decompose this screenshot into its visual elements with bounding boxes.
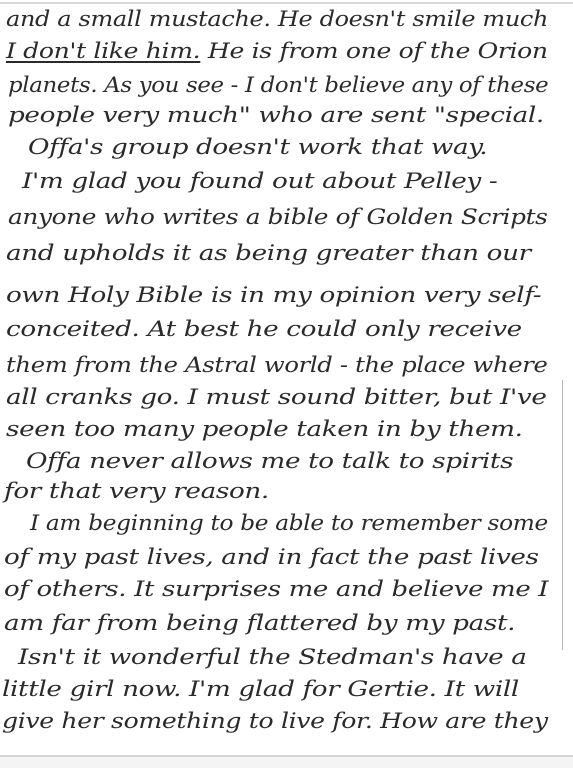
line-text: He is from one of the Orion [200,39,547,63]
letter-line: I don't like him. He is from one of the … [6,38,548,64]
letter-line: give her something to live for. How are … [2,708,548,734]
letter-line: people very much" who are sent "special. [8,102,544,128]
letter-line: conceited. At best he could only receive [6,316,522,342]
letter-line: of my past lives, and in fact the past l… [4,544,539,570]
letter-line: I am beginning to be able to remember so… [30,510,548,536]
letter-line: and upholds it as being greater than our [6,240,531,266]
letter-line: am far from being flattered by my past. [4,610,515,636]
letter-line: Offa never allows me to talk to spirits [26,448,513,474]
right-margin-line [562,380,563,650]
letter-line: little girl now. I'm glad for Gertie. It… [2,676,519,702]
letter-line: Isn't it wonderful the Stedman's have a [18,644,527,670]
letter-page: and a small mustache. He doesn't smile m… [0,4,573,756]
letter-line: all cranks go. I must sound bitter, but … [6,384,547,410]
underlined-phrase: I don't like him. [6,39,200,63]
letter-line: of others. It surprises me and believe m… [4,576,548,602]
letter-line: them from the Astral world - the place w… [6,352,548,378]
letter-line: Offa's group doesn't work that way. [28,134,487,160]
letter-line: planets. As you see - I don't believe an… [8,72,548,98]
letter-line: anyone who writes a bible of Golden Scri… [8,204,548,230]
letter-line: own Holy Bible is in my opinion very sel… [6,282,541,308]
letter-line: I'm glad you found out about Pelley - [22,168,497,194]
letter-line: and a small mustache. He doesn't smile m… [6,6,548,32]
letter-line: for that very reason. [4,478,269,504]
bottom-strip [0,757,573,768]
letter-line: seen too many people taken in by them. [6,416,523,442]
